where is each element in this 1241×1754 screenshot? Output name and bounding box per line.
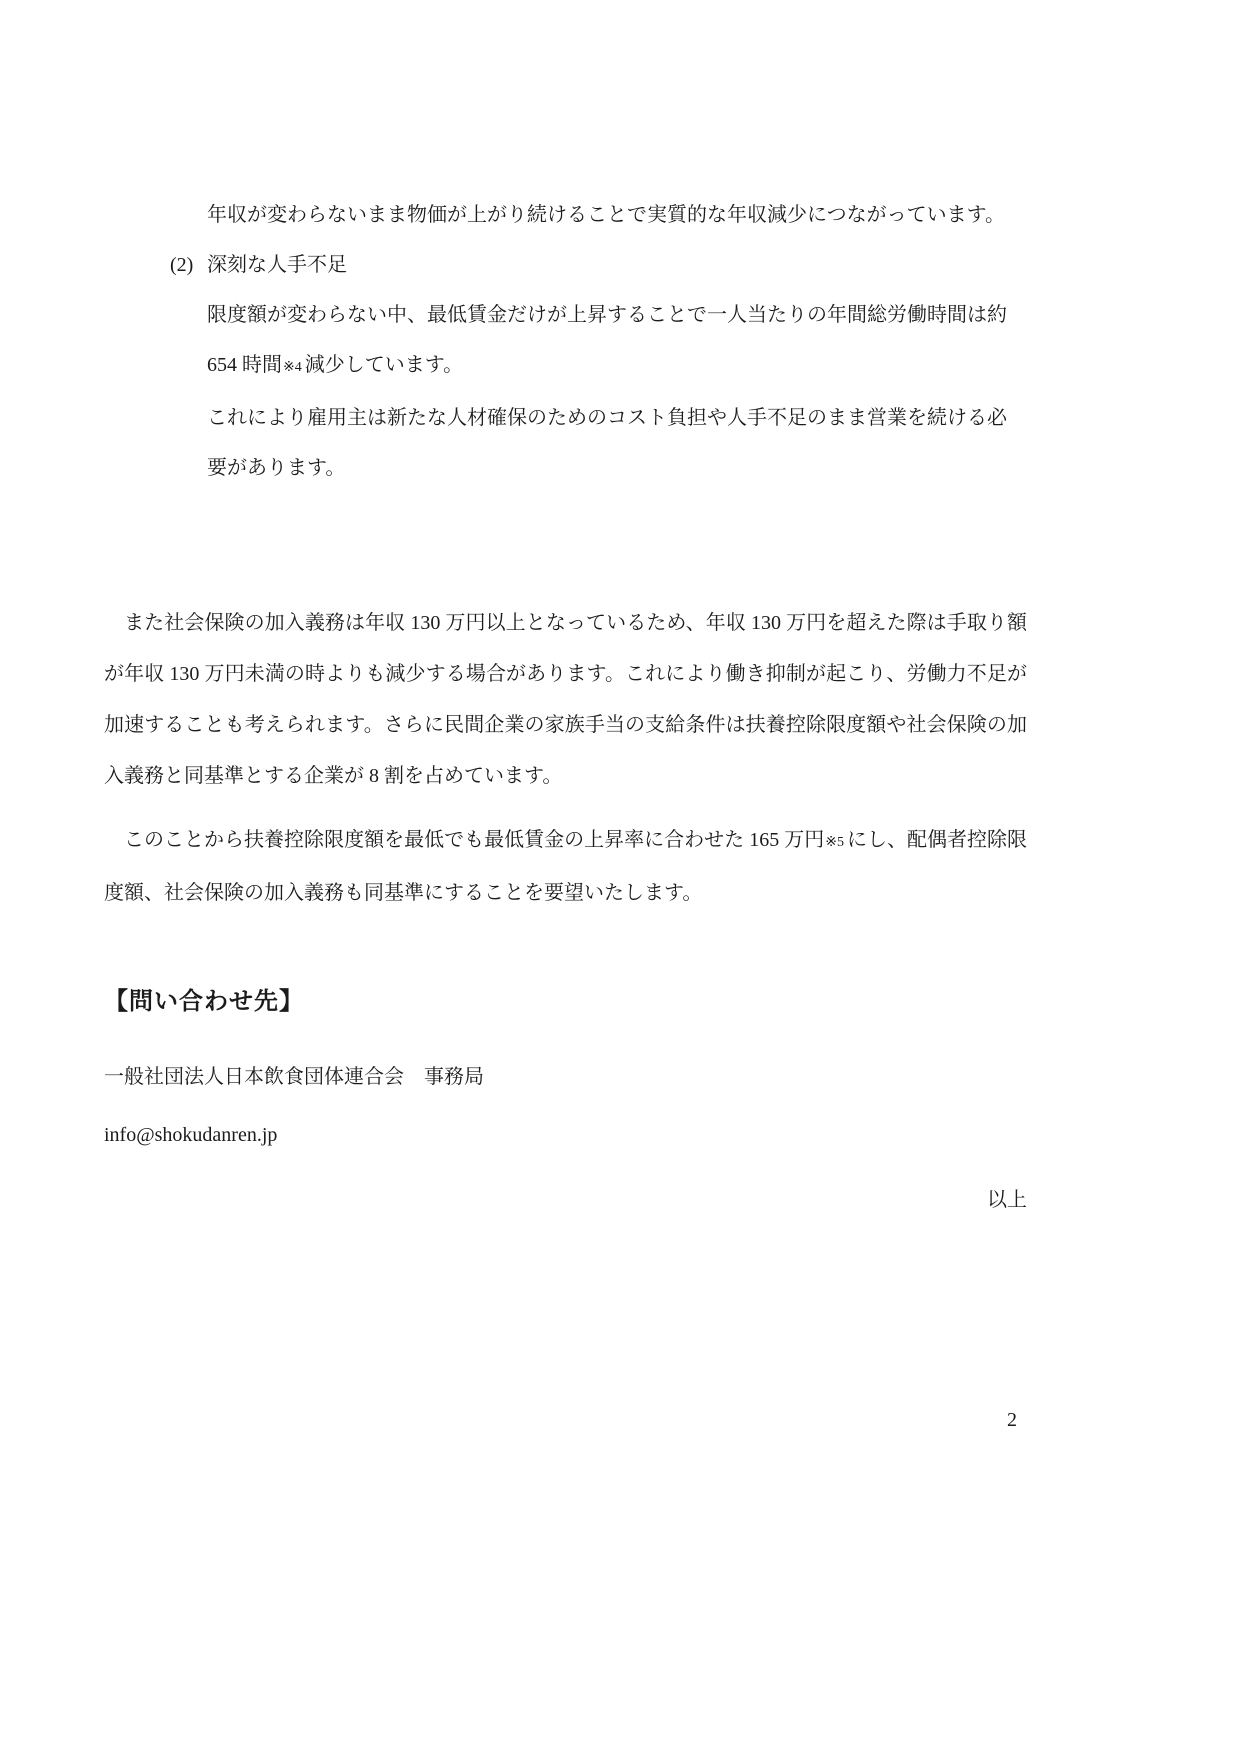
section-2-title: 深刻な人手不足 — [207, 254, 347, 276]
page-number: 2 — [1007, 1405, 1017, 1435]
section-2-number: (2) — [170, 240, 207, 290]
paragraph-2-line-2: 度額、社会保険の加入義務も同基準にすることを要望いたします。 — [104, 868, 1027, 919]
section-2-body-line-2: 654 時間※4減少しています。 — [207, 340, 1027, 393]
hours-value: 654 時間 — [207, 354, 282, 376]
contact-section-heading: 【問い合わせ先】 — [104, 980, 1027, 1024]
paragraph-1-line-3: 加速することも考えられます。さらに民間企業の家族手当の支給条件は扶養控除限度額や… — [104, 700, 1027, 751]
intro-line: 年収が変わらないまま物価が上がり続けることで実質的な年収減少につながっています。 — [207, 190, 1027, 240]
hours-line-rest: 減少しています。 — [305, 354, 463, 376]
footnote-ref-5: ※5 — [824, 835, 847, 850]
paragraph-2-line-1: このことから扶養控除限度額を最低でも最低賃金の上昇率に合わせた 165 万円※5… — [104, 815, 1027, 868]
section-2-body-line-4: 要があります。 — [207, 443, 1027, 493]
section-2-body-line-1: 限度額が変わらない中、最低賃金だけが上昇することで一人当たりの年間総労働時間は約 — [207, 290, 1027, 340]
paragraph-1-line-2: が年収 130 万円未満の時よりも減少する場合があります。これにより働き抑制が起… — [104, 649, 1027, 700]
closing-mark: 以上 — [104, 1175, 1027, 1225]
paragraph-request: このことから扶養控除限度額を最低でも最低賃金の上昇率に合わせた 165 万円※5… — [104, 815, 1027, 919]
request-line-start: このことから扶養控除限度額を最低でも最低賃金の上昇率に合わせた 165 万円 — [104, 829, 824, 851]
paragraph-social-insurance: また社会保険の加入義務は年収 130 万円以上となっているため、年収 130 万… — [104, 598, 1027, 802]
contact-email: info@shokudanren.jp — [104, 1110, 1027, 1160]
paragraph-1-line-4: 入義務と同基準とする企業が 8 割を占めています。 — [104, 751, 1027, 802]
contact-organization: 一般社団法人日本飲食団体連合会 事務局 — [104, 1052, 1027, 1102]
section-2-heading: (2)深刻な人手不足 — [170, 240, 1027, 290]
request-line-rest: にし、配偶者控除限 — [847, 829, 1027, 851]
paragraph-1-line-1: また社会保険の加入義務は年収 130 万円以上となっているため、年収 130 万… — [104, 598, 1027, 649]
document-page: 年収が変わらないまま物価が上がり続けることで実質的な年収減少につながっています。… — [0, 0, 1241, 1754]
footnote-ref-4: ※4 — [282, 360, 305, 375]
section-2-body-line-3: これにより雇用主は新たな人材確保のためのコスト負担や人手不足のまま営業を続ける必 — [207, 393, 1027, 443]
